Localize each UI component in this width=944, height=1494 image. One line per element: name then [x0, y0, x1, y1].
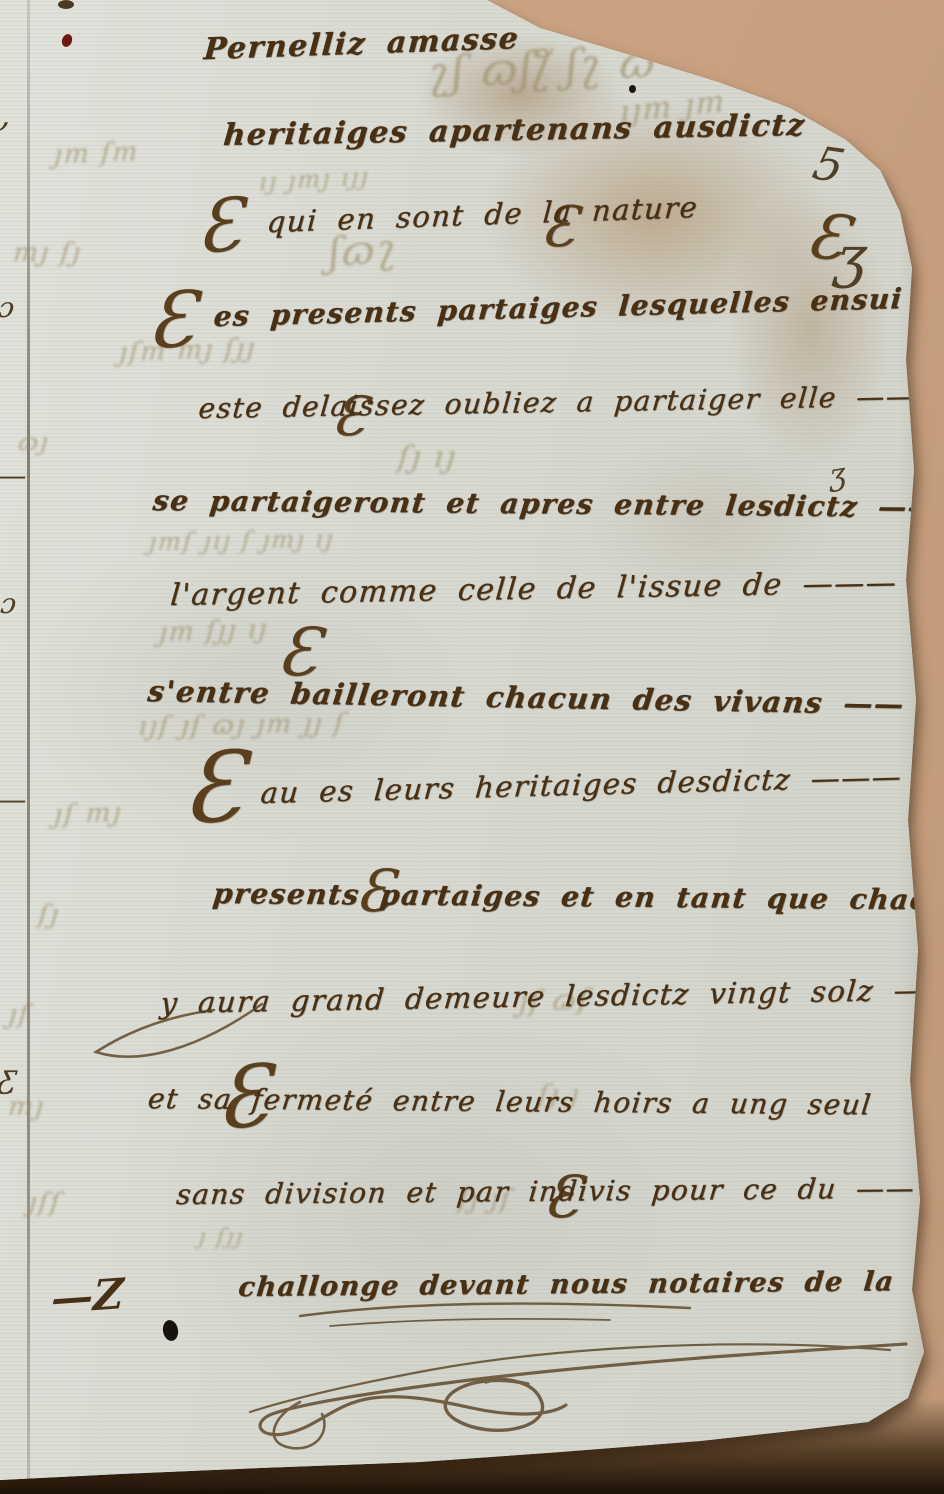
- marks-layer: 5ʒʒ‚ɔ—ɔ—ƹ—Z: [0, 0, 944, 1494]
- gutter-mark: ɔ: [0, 294, 16, 322]
- gutter-mark: ‚: [0, 98, 13, 132]
- gutter-mark: —: [0, 462, 28, 490]
- pin-hole: [629, 85, 636, 93]
- paper-surface: ʅʃ ɷʃƪ ʃʅ ɷıȷm ȷmȷm ſmıȷ ȷmȷ ıȷȷmȷ ſȷʃɷʅ…: [0, 0, 944, 1494]
- edge-mark: 5: [809, 140, 849, 189]
- red-speck: [60, 33, 74, 49]
- edge-nick: [58, 0, 74, 9]
- gutter-mark: ɔ: [0, 590, 18, 618]
- gutter-mark: ƹ: [0, 1060, 18, 1092]
- paper-sheet: ʅʃ ɷʃƪ ʃʅ ɷıȷm ȷmȷm ſmıȷ ȷmȷ ıȷȷmȷ ſȷʃɷʅ…: [0, 0, 944, 1494]
- corner-mark: —Z: [51, 1273, 125, 1320]
- manuscript-photo: ʅʃ ɷʃƪ ʃʅ ɷıȷm ȷmȷm ſmıȷ ȷmȷ ıȷȷmȷ ſȷʃɷʅ…: [0, 0, 944, 1494]
- edge-mark: ʒ: [832, 230, 869, 286]
- worm-hole: [161, 1319, 179, 1342]
- gutter-mark: —: [0, 786, 28, 814]
- edge-mark: ʒ: [828, 459, 847, 492]
